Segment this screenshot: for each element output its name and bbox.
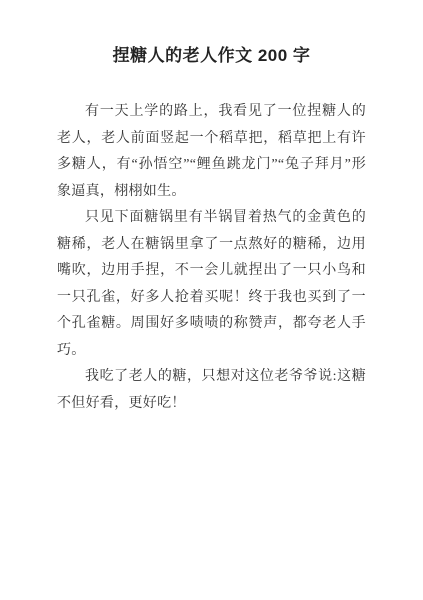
page-title: 捏糖人的老人作文 200 字 <box>57 44 366 68</box>
essay-body: 有一天上学的路上，我看见了一位捏糖人的老人，老人前面竖起一个稻草把，稻草把上有许… <box>57 99 366 417</box>
essay-paragraph: 我吃了老人的糖，只想对这位老爷爷说:这糖不但好看，更好吃！ <box>57 364 366 417</box>
document-page: 捏糖人的老人作文 200 字 有一天上学的路上，我看见了一位捏糖人的老人，老人前… <box>0 0 423 600</box>
essay-paragraph: 只见下面糖锅里有半锅冒着热气的金黄色的糖稀，老人在糖锅里拿了一点熬好的糖稀，边用… <box>57 205 366 364</box>
essay-paragraph: 有一天上学的路上，我看见了一位捏糖人的老人，老人前面竖起一个稻草把，稻草把上有许… <box>57 99 366 205</box>
